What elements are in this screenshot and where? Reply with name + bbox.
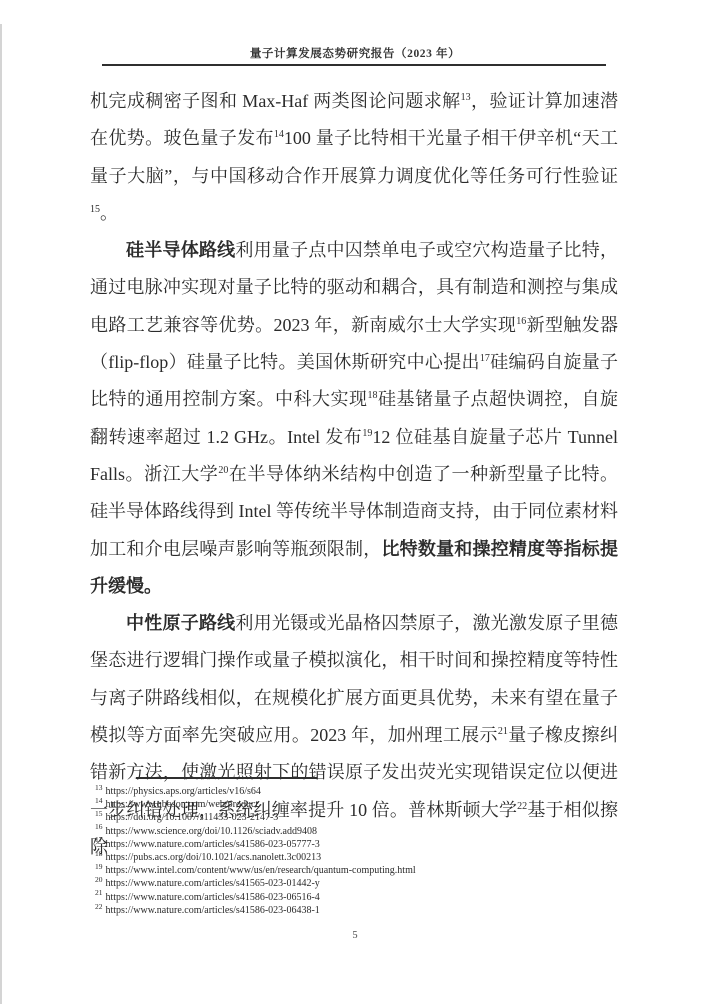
footnote-ref: 13 bbox=[461, 92, 471, 103]
text-run: 硅半导体路线 bbox=[126, 240, 235, 260]
text-run: 。 bbox=[100, 203, 118, 223]
footnote-ref: 15 bbox=[90, 204, 100, 215]
footnote-number: 17 bbox=[95, 835, 103, 844]
footnote-url: https://physics.aps.org/articles/v16/s64 bbox=[106, 786, 261, 797]
footnote-number: 18 bbox=[95, 849, 103, 858]
footnote-ref: 18 bbox=[368, 390, 378, 401]
footnote-ref: 20 bbox=[218, 465, 228, 476]
paragraph: 机完成稠密子图和 Max-Haf 两类图论问题求解13，验证计算加速潜在优势。玻… bbox=[90, 83, 618, 232]
text-run: 中性原子路线 bbox=[126, 613, 235, 633]
footnote-url: https://www.nature.com/articles/s41586-0… bbox=[106, 905, 320, 916]
text-run: 机完成稠密子图和 Max-Haf 两类图论问题求解 bbox=[90, 91, 461, 111]
header-title: 量子计算发展态势研究报告（2023 年） bbox=[0, 45, 710, 61]
footnote-number: 20 bbox=[95, 875, 103, 884]
footnote-item: 19https://www.intel.com/content/www/us/e… bbox=[95, 864, 680, 877]
footnote-ref: 17 bbox=[480, 353, 490, 364]
footnote-separator bbox=[136, 777, 317, 779]
footnotes: 13https://physics.aps.org/articles/v16/s… bbox=[95, 785, 680, 917]
footnote-item: 14https://www.qboson.com/web/product bbox=[95, 798, 680, 811]
footnote-url: https://www.nature.com/articles/s41586-0… bbox=[106, 892, 320, 903]
footnote-url: https://www.science.org/doi/10.1126/scia… bbox=[106, 826, 317, 837]
page-number: 5 bbox=[0, 930, 710, 941]
page-edge-artifact bbox=[0, 24, 2, 1004]
footnote-item: 16https://www.science.org/doi/10.1126/sc… bbox=[95, 825, 680, 838]
footnote-number: 14 bbox=[95, 796, 103, 805]
footnote-url: https://pubs.acs.org/doi/10.1021/acs.nan… bbox=[106, 852, 322, 863]
paragraph: 硅半导体路线利用量子点中囚禁单电子或空穴构造量子比特，通过电脉冲实现对量子比特的… bbox=[90, 232, 618, 605]
footnote-number: 16 bbox=[95, 822, 103, 831]
footnote-number: 19 bbox=[95, 862, 103, 871]
footnote-url: https://www.nature.com/articles/s41586-0… bbox=[106, 839, 320, 850]
footnote-number: 21 bbox=[95, 888, 103, 897]
header-rule bbox=[102, 64, 606, 66]
footnote-ref: 21 bbox=[498, 726, 508, 737]
footnote-url: https://doi.org/10.1007/s11433-023-2147-… bbox=[106, 812, 279, 823]
footnote-url: https://www.qboson.com/web/product bbox=[106, 799, 259, 810]
footnote-ref: 19 bbox=[362, 428, 372, 439]
footnote-item: 20https://www.nature.com/articles/s41565… bbox=[95, 877, 680, 890]
footnote-ref: 16 bbox=[516, 316, 526, 327]
footnote-item: 15https://doi.org/10.1007/s11433-023-214… bbox=[95, 811, 680, 824]
footnote-item: 22https://www.nature.com/articles/s41586… bbox=[95, 904, 680, 917]
body-text: 机完成稠密子图和 Max-Haf 两类图论问题求解13，验证计算加速潜在优势。玻… bbox=[90, 83, 618, 866]
document-page: 量子计算发展态势研究报告（2023 年） 机完成稠密子图和 Max-Haf 两类… bbox=[0, 0, 710, 1004]
footnote-item: 21https://www.nature.com/articles/s41586… bbox=[95, 891, 680, 904]
footnote-item: 13https://physics.aps.org/articles/v16/s… bbox=[95, 785, 680, 798]
footnote-item: 17https://www.nature.com/articles/s41586… bbox=[95, 838, 680, 851]
footnote-url: https://www.nature.com/articles/s41565-0… bbox=[106, 878, 320, 889]
footnote-number: 13 bbox=[95, 783, 103, 792]
footnote-url: https://www.intel.com/content/www/us/en/… bbox=[106, 865, 416, 876]
footnote-number: 22 bbox=[95, 902, 103, 911]
footnote-number: 15 bbox=[95, 809, 103, 818]
footnote-ref: 14 bbox=[274, 129, 284, 140]
footnote-item: 18https://pubs.acs.org/doi/10.1021/acs.n… bbox=[95, 851, 680, 864]
